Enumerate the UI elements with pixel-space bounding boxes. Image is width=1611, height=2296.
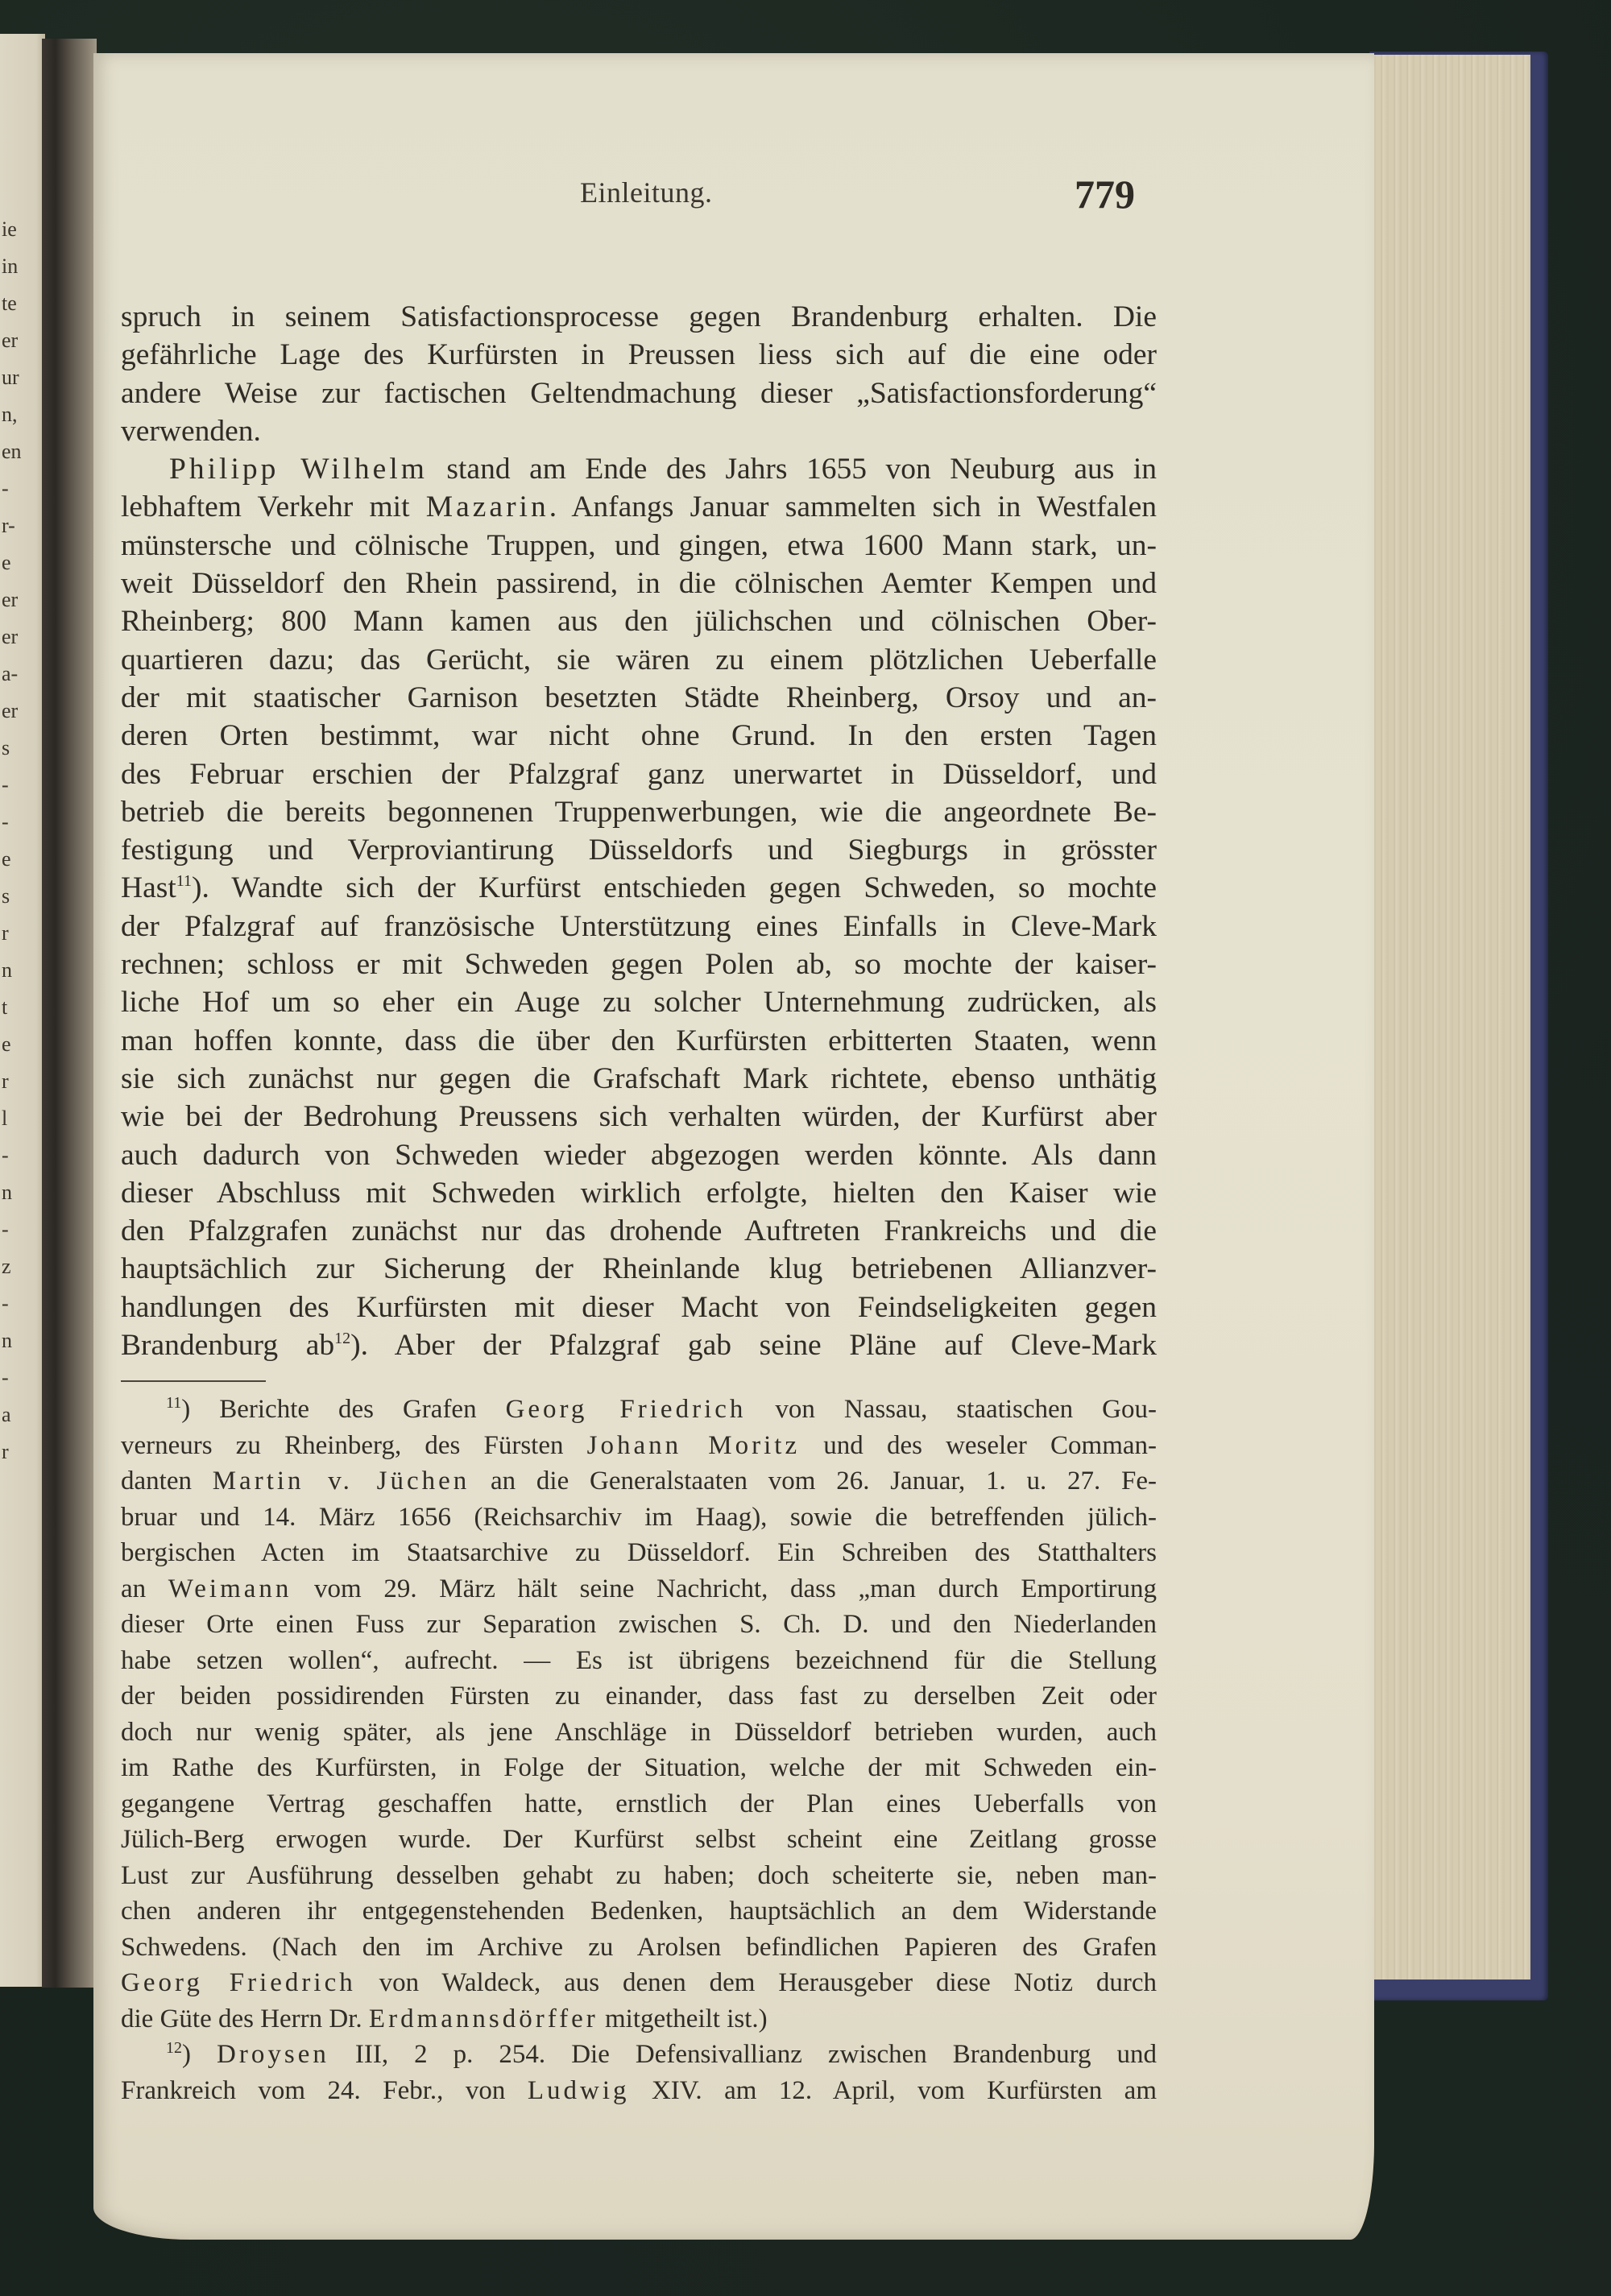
text-line: liche Hof um so eher ein Auge zu solcher… [121,983,1157,1021]
left-page-fragment: er [2,701,18,722]
book-page: Einleitung. 779 spruch in seinem Satisfa… [93,53,1374,2240]
text-line: der Pfalzgraf auf französische Unterstüt… [121,908,1157,945]
left-page-fragment: r [2,1071,9,1092]
footnote-line: an Weimann vom 29. März hält seine Nachr… [121,1571,1157,1607]
text-line: münstersche und cölnische Truppen, und g… [121,527,1157,565]
footnote-reference[interactable]: 11 [176,872,192,890]
left-page-fragment: in [2,256,18,277]
left-page-fragment: n, [2,404,18,425]
text-line: betrieb die bereits begonnenen Truppenwe… [121,793,1157,831]
spaced-name: Mazarin [426,490,549,523]
footnote-line: im Rathe des Kurfürsten, in Folge der Si… [121,1750,1157,1786]
left-page-fragment: l [2,1108,7,1129]
left-page-fragment: r- [2,515,15,536]
left-page-fragment: - [2,775,9,796]
left-page-fragment: a- [2,664,18,685]
text-line: gefährliche Lage des Kurfürsten in Preus… [121,336,1157,374]
footnote-marker: 11 [166,1394,181,1412]
text-line: des Februar erschien der Pfalzgraf ganz … [121,755,1157,793]
footnote-line: 12) Droysen III, 2 p. 254. Die Defensiva… [121,2037,1157,2073]
text-line: rechnen; schloss er mit Schweden gegen P… [121,945,1157,983]
spaced-name: Martin v. Jüchen [213,1467,470,1496]
text-line: wie bei der Bedrohung Preussens sich ver… [121,1098,1157,1136]
text-line: den Pfalzgrafen zunächst nur das drohend… [121,1212,1157,1250]
footnote-line: der beiden possidirenden Fürsten zu eina… [121,1678,1157,1715]
left-page-fragment: er [2,627,18,647]
text-line: weit Düsseldorf den Rhein passirend, in … [121,565,1157,602]
text-line: lebhaftem Verkehr mit Mazarin. Anfangs J… [121,488,1157,526]
text-line: auch dadurch von Schweden wieder abgezog… [121,1136,1157,1174]
spaced-name: Droysen [217,2040,329,2069]
left-page-fragment: r [2,923,9,944]
spaced-name: Georg Friedrich [506,1395,747,1424]
left-page-fragment: n [2,1330,12,1351]
left-page-fragment: t [2,997,7,1018]
left-page-fragment: er [2,590,18,610]
footnote-line: Georg Friedrich von Waldeck, aus denen d… [121,1965,1157,2001]
main-text: spruch in seinem Satisfactionsprocesse g… [121,298,1157,1364]
left-page-fragment: - [2,1219,9,1240]
text-line: Rheinberg; 800 Mann kamen aus den jülich… [121,602,1157,640]
text-line: handlungen des Kurfürsten mit dieser Mac… [121,1289,1157,1326]
footnote-line: chen anderen ihr entgegenstehenden Beden… [121,1893,1157,1930]
left-page-fragment: e [2,1034,11,1055]
text-line: Brandenburg ab12). Aber der Pfalzgraf ga… [121,1326,1157,1364]
left-page-fragment: - [2,1293,9,1314]
left-page-fragment: - [2,1367,9,1388]
left-page-fragment: er [2,330,18,351]
left-page-fragment: en [2,441,22,462]
footnote-line: Frankreich vom 24. Febr., von Ludwig XIV… [121,2073,1157,2109]
footnote-line: doch nur wenig später, als jene Anschläg… [121,1715,1157,1751]
spaced-name: Erdmannsdörffer [369,2004,598,2033]
text-line: man hoffen konnte, dass die über den Kur… [121,1022,1157,1060]
running-title: Einleitung. [580,176,712,209]
footnote-line: verneurs zu Rheinberg, des Fürsten Johan… [121,1428,1157,1464]
page-number: 779 [1075,171,1135,217]
footnote-reference[interactable]: 12 [334,1330,350,1347]
footnote-line: Schwedens. (Nach den im Archive zu Arols… [121,1930,1157,1966]
spaced-name: Weimann [168,1574,292,1603]
left-page-fragment: - [2,1145,9,1166]
text-line: sie sich zunächst nur gegen die Grafscha… [121,1060,1157,1098]
spaced-name: Georg Friedrich [121,1968,356,1997]
left-page-fragment: - [2,812,9,833]
previous-page-edge: ieinteerurn,en-r-eerera-ers--esrnterl-n-… [0,34,45,1987]
text-line: der mit staatischer Garnison besetzten S… [121,679,1157,717]
footnote-line: die Güte des Herrn Dr. Erdmannsdörffer m… [121,2001,1157,2037]
text-line: spruch in seinem Satisfactionsprocesse g… [121,298,1157,336]
left-page-fragment: te [2,293,17,314]
left-page-fragment: r [2,1442,9,1462]
footnote-line: Jülich-Berg erwogen wurde. Der Kurfürst … [121,1822,1157,1858]
text-line: verwenden. [121,412,1157,450]
spaced-name: Philipp Wilhelm [169,453,428,486]
left-page-fragment: e [2,849,11,870]
text-line: quartieren dazu; das Gerücht, sie wären … [121,641,1157,679]
book-gutter [42,39,97,1988]
left-page-fragment: ur [2,367,19,388]
left-page-fragment: n [2,1182,12,1203]
left-page-fragment: s [2,738,10,759]
footnote-line: habe setzen wollen“, aufrecht. — Es ist … [121,1643,1157,1679]
text-line: deren Orten bestimmt, war nicht ohne Gru… [121,717,1157,755]
left-page-fragment: a [2,1404,11,1425]
footnote-line: danten Martin v. Jüchen an die Generalst… [121,1463,1157,1500]
footnotes: 11) Berichte des Grafen Georg Friedrich … [121,1392,1157,2108]
left-page-fragment: n [2,960,12,981]
text-line: hauptsächlich zur Sicherung der Rheinlan… [121,1250,1157,1288]
text-line: andere Weise zur factischen Geltendmachu… [121,374,1157,412]
footnote-rule [121,1380,266,1382]
footnote-line: bruar und 14. März 1656 (Reichsarchiv im… [121,1500,1157,1536]
footnote-line: dieser Orte einen Fuss zur Separation zw… [121,1607,1157,1643]
footnote-line: 11) Berichte des Grafen Georg Friedrich … [121,1392,1157,1428]
left-page-fragment: e [2,552,11,573]
footnote-line: gegangene Vertrag geschaffen hatte, erns… [121,1786,1157,1822]
left-page-fragment: ie [2,219,17,240]
text-line: Philipp Wilhelm stand am Ende des Jahrs … [121,450,1157,488]
text-line: festigung und Verproviantirung Düsseldor… [121,831,1157,869]
footnote-line: Lust zur Ausführung desselben gehabt zu … [121,1858,1157,1894]
text-line: Hast11). Wandte sich der Kurfürst entsch… [121,869,1157,907]
left-page-fragment: s [2,886,10,907]
footnote-line: bergischen Acten im Staatsarchive zu Düs… [121,1535,1157,1571]
text-line: dieser Abschluss mit Schweden wirklich e… [121,1174,1157,1212]
left-page-fragment: - [2,478,9,499]
footnote-marker: 12 [166,2039,182,2057]
spaced-name: Ludwig [528,2076,630,2105]
left-page-fragment: z [2,1256,11,1277]
spaced-name: Johann Moritz [587,1431,800,1460]
